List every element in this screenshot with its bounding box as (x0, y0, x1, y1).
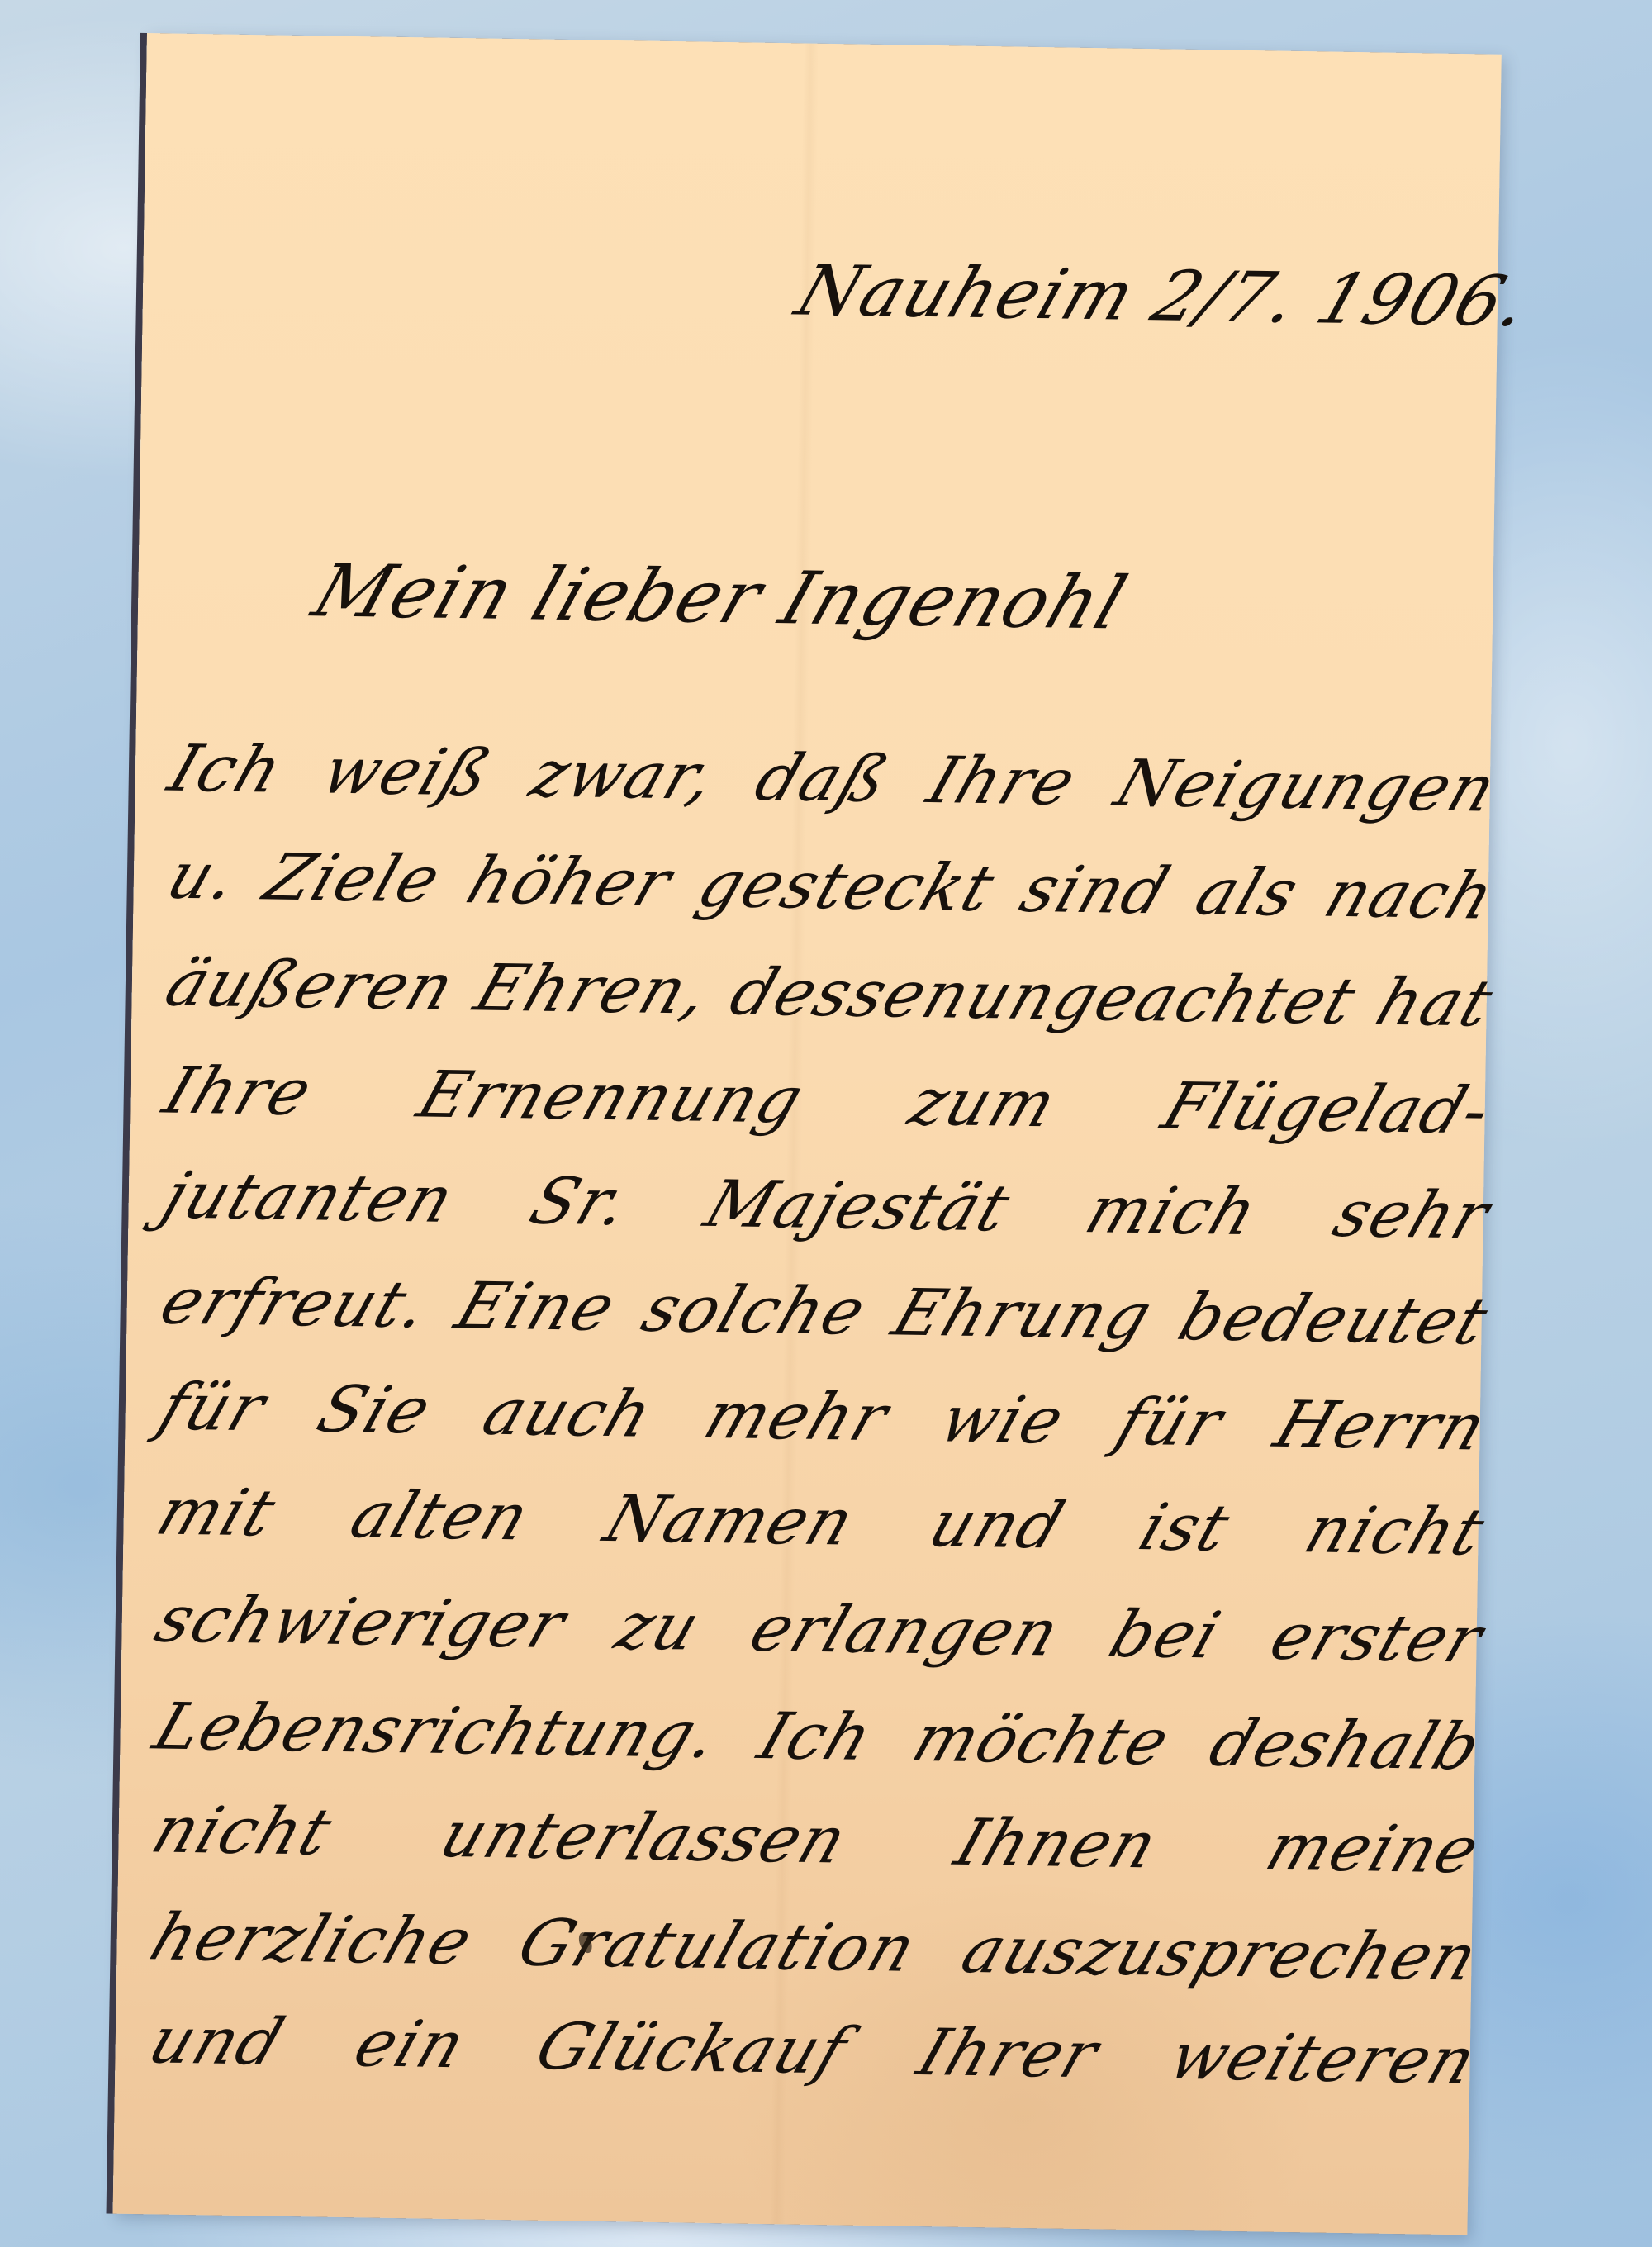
body-line-4: Ihre Ernennung zum Flügelad- (154, 1054, 1501, 1149)
body-line-10: Lebensrichtung. Ich möchte deshalb (145, 1690, 1491, 1785)
letter-paper: Nauheim 2/7. 1906. Mein lieber Ingenohl … (113, 33, 1502, 2235)
body-line-11: nicht unterlassen Ihnen meine (143, 1793, 1489, 1888)
body-line-12: herzliche Gratulation auszusprechen (141, 1901, 1488, 1996)
body-line-13: und ein Glückauf Ihrer weiteren (140, 2004, 1486, 2099)
salutation: Mein lieber Ingenohl (303, 549, 1138, 646)
body-line-7: für Sie auch mehr wie für Herrn (150, 1371, 1496, 1466)
body-line-2: u. Ziele höher gesteckt sind als nach (158, 839, 1504, 934)
place-date-line: Nauheim 2/7. 1906. (786, 250, 1540, 342)
body-line-6: erfreut. Eine solche Ehrung bedeutet (151, 1265, 1498, 1360)
body-line-5: jutanten Sr. Majestät mich sehr (153, 1159, 1499, 1254)
body-line-8: mit alten Namen und ist nicht (148, 1475, 1494, 1570)
body-line-3: äußeren Ehren, dessenungeachtet hat (156, 947, 1502, 1042)
body-line-9: schwieriger zu erlangen bei erster (146, 1583, 1493, 1678)
body-line-1: Ich weiß zwar, daß Ihre Neigungen (159, 732, 1506, 827)
